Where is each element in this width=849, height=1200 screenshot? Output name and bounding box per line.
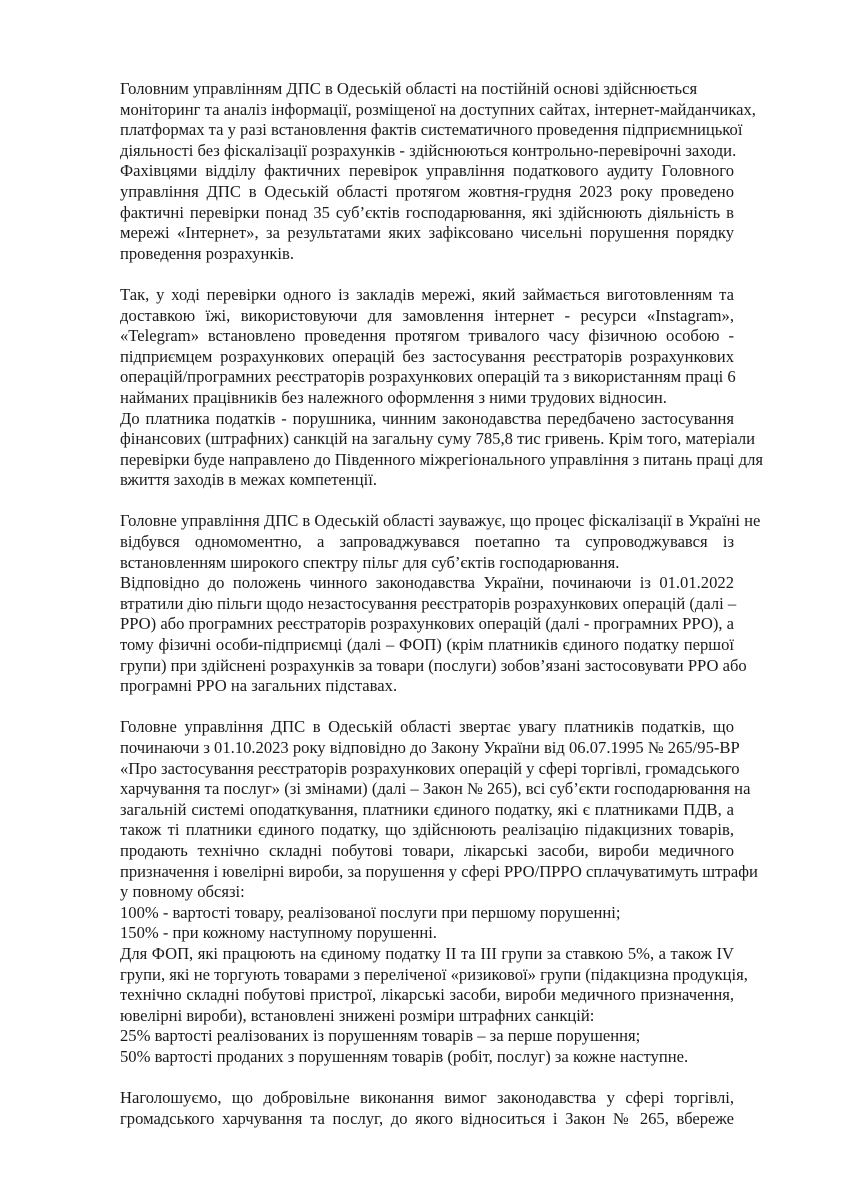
text-line: групи, які не торгують товарами з перелі… (120, 965, 734, 986)
paragraph-inspection-case: Так, у ході перевірки одного із закладів… (120, 285, 734, 491)
text-line: проведення розрахунків. (120, 244, 734, 265)
text-line: тому фізичні особи-підприємці (далі – ФО… (120, 635, 734, 656)
text-line: діяльності без фіскалізації розрахунків … (120, 141, 734, 162)
text-line: РРО) або програмних реєстраторів розраху… (120, 614, 734, 635)
text-line: операцій/програмних реєстраторів розраху… (120, 367, 734, 388)
text-line: загальній системі оподаткування, платник… (120, 800, 734, 821)
document-page: Головним управлінням ДПС в Одеській обла… (120, 79, 734, 1150)
paragraph-penalties: Головне управління ДПС в Одеській област… (120, 717, 734, 1067)
text-line: технічно складні побутові пристрої, ліка… (120, 985, 734, 1006)
text-line: підприємцем розрахункових операцій без з… (120, 347, 734, 368)
text-line: програмні РРО на загальних підставах. (120, 676, 734, 697)
paragraph-fiscalization: Головне управління ДПС в Одеській област… (120, 511, 734, 696)
text-line: Для ФОП, які працюють на єдиному податку… (120, 944, 734, 965)
penalty-item: 100% - вартості товару, реалізованої пос… (120, 903, 734, 924)
text-line: харчування та послуг» (зі змінами) (далі… (120, 779, 734, 800)
text-line: перевірки буде направлено до Південного … (120, 450, 734, 471)
penalty-item: 150% - при кожному наступному порушенні. (120, 923, 734, 944)
text-line: доставкою їжі, використовуючи для замовл… (120, 306, 734, 327)
text-line: групи) при здійснені розрахунків за това… (120, 656, 734, 677)
text-line: управління ДПС в Одеській області протяг… (120, 182, 734, 203)
text-line: До платника податків - порушника, чинним… (120, 409, 734, 430)
text-line: моніторинг та аналіз інформації, розміще… (120, 100, 734, 121)
text-line: продають технічно складні побутові товар… (120, 841, 734, 862)
text-line: вжиття заходів в межах компетенції. (120, 470, 734, 491)
text-line: Головне управління ДПС в Одеській област… (120, 717, 734, 738)
penalty-item: 50% вартості проданих з порушенням товар… (120, 1047, 734, 1068)
text-line: Наголошуємо, що добровільне виконання ви… (120, 1088, 734, 1109)
text-line: Відповідно до положень чинного законодав… (120, 573, 734, 594)
text-line: Так, у ході перевірки одного із закладів… (120, 285, 734, 306)
text-line: втратили дію пільги щодо незастосування … (120, 594, 734, 615)
text-line: громадського харчування та послуг, до як… (120, 1109, 734, 1130)
text-line: фактичні перевірки понад 35 суб’єктів го… (120, 203, 734, 224)
text-line: фінансових (штрафних) санкцій на загальн… (120, 429, 734, 450)
text-line: Головним управлінням ДПС в Одеській обла… (120, 79, 734, 100)
text-line: ювелірні вироби), встановлені знижені ро… (120, 1006, 734, 1027)
penalty-item: 25% вартості реалізованих із порушенням … (120, 1026, 734, 1047)
text-line: відбувся одномоментно, а запроваджувався… (120, 532, 734, 553)
text-line: призначення і ювелірні вироби, за поруше… (120, 862, 734, 883)
text-line: «Про застосування реєстраторів розрахунк… (120, 759, 734, 780)
text-line: встановленням широкого спектру пільг для… (120, 553, 734, 574)
text-line: у повному обсязі: (120, 882, 734, 903)
text-line: Фахівцями відділу фактичних перевірок уп… (120, 161, 734, 182)
text-line: найманих працівників без належного оформ… (120, 388, 734, 409)
paragraph-monitoring: Головним управлінням ДПС в Одеській обла… (120, 79, 734, 264)
text-line: мережі «Інтернет», за результатами яких … (120, 223, 734, 244)
paragraph-closing: Наголошуємо, що добровільне виконання ви… (120, 1088, 734, 1129)
text-line: також ті платники єдиного податку, що зд… (120, 820, 734, 841)
text-line: починаючи з 01.10.2023 року відповідно д… (120, 738, 734, 759)
text-line: Головне управління ДПС в Одеській област… (120, 511, 734, 532)
text-line: платформах та у разі встановлення фактів… (120, 120, 734, 141)
text-line: «Telegram» встановлено проведення протяг… (120, 326, 734, 347)
